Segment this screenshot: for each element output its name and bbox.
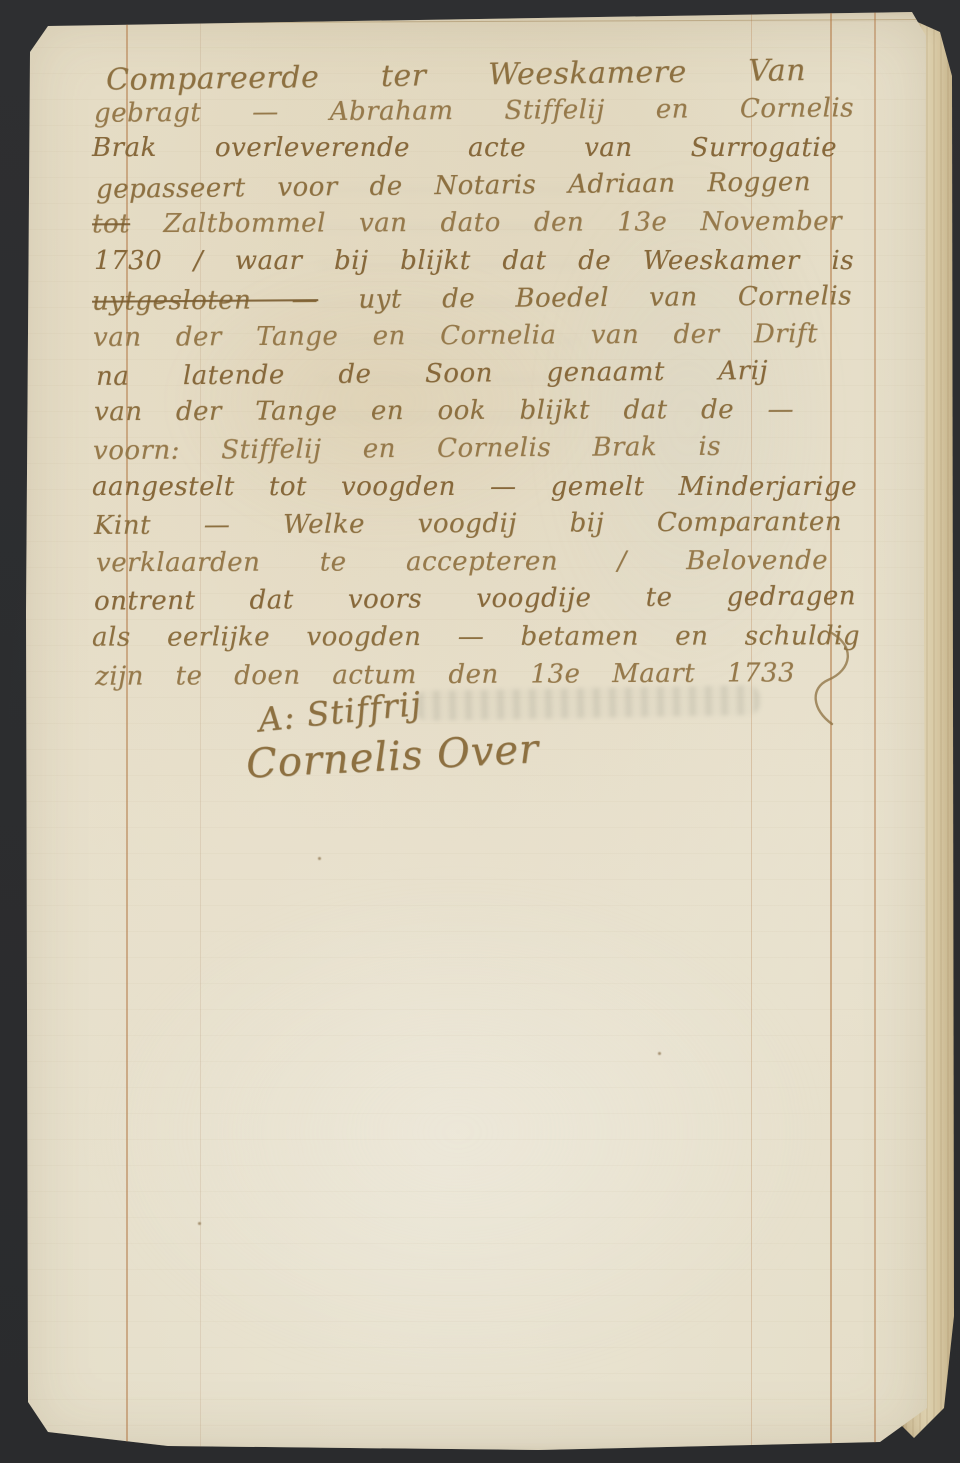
manuscript-line: zijn te doen actum den 13e Maart 1733 — [95, 658, 795, 692]
handwritten-text: voorn: Stiffelij en Cornelis Brak is — [93, 432, 721, 466]
manuscript-line: van der Tange en Cornelia van der Drift — [93, 319, 818, 353]
ink-speck — [658, 1052, 661, 1055]
handwritten-text: verklaarden te accepteren / Belovende — [96, 546, 828, 579]
struck-text: uytgesloten — — [92, 285, 318, 317]
scanned-document-stage: Compareerde ter Weeskamere Vangebragt — … — [0, 0, 960, 1463]
handwritten-text: Zaltbommel van dato den 13e November — [130, 207, 842, 239]
manuscript-line: Compareerde ter Weeskamere Van — [106, 53, 806, 98]
handwritten-text: aangestelt tot voogden — gemelt Minderja… — [92, 472, 857, 502]
margin-rule-right-outer — [874, 12, 876, 1452]
signature-1: A: Stiffrij — [256, 684, 423, 740]
handwritten-text: uyt de Boedel van Cornelis — [318, 281, 852, 315]
pen-flourish — [800, 628, 860, 728]
manuscript-line: Kint — Welke voogdij bij Comparanten — [94, 507, 842, 541]
manuscript-line: verklaarden te accepteren / Belovende — [96, 546, 828, 579]
handwritten-text: Brak overleverende acte van Surrogatie — [92, 133, 837, 163]
ink-speck — [318, 857, 321, 860]
handwritten-text: als eerlijke voogden — betamen en schuld… — [92, 621, 860, 652]
handwritten-text: Kint — Welke voogdij bij Comparanten — [94, 507, 842, 541]
handwritten-text: 1730 / waar bij blijkt dat de Weeskamer … — [94, 246, 854, 276]
handwritten-text: na latende de Soon genaamt Arij — [96, 356, 768, 392]
manuscript-line: gepasseert voor de Notaris Adriaan Rogge… — [96, 167, 811, 204]
handwritten-text: van der Tange en Cornelia van der Drift — [93, 319, 818, 353]
manuscript-line: Brak overleverende acte van Surrogatie — [92, 133, 837, 163]
handwritten-text: ontrent dat voors voogdije te gedragen — [94, 582, 856, 617]
manuscript-line: 1730 / waar bij blijkt dat de Weeskamer … — [94, 246, 854, 276]
manuscript-line: gebragt — Abraham Stiffelij en Cornelis — [94, 93, 854, 128]
handwritten-text: zijn te doen actum den 13e Maart 1733 — [95, 658, 795, 692]
ink-bleedthrough — [415, 685, 760, 721]
handwritten-text: Compareerde ter Weeskamere Van — [106, 53, 806, 98]
manuscript-line: aangestelt tot voogden — gemelt Minderja… — [92, 472, 857, 502]
manuscript-line: na latende de Soon genaamt Arij — [96, 356, 768, 392]
manuscript-line: als eerlijke voogden — betamen en schuld… — [92, 621, 860, 652]
handwritten-text: gepasseert voor de Notaris Adriaan Rogge… — [96, 167, 811, 204]
paper-stain — [108, 892, 808, 1372]
manuscript-line: voorn: Stiffelij en Cornelis Brak is — [93, 432, 721, 466]
ink-speck — [198, 1222, 201, 1225]
manuscript-line: uytgesloten — uyt de Boedel van Cornelis — [92, 281, 852, 316]
manuscript-page: Compareerde ter Weeskamere Vangebragt — … — [18, 12, 934, 1452]
handwritten-text: gebragt — Abraham Stiffelij en Cornelis — [94, 93, 854, 128]
handwritten-text: van der Tange en ook blijkt dat de — — [94, 395, 794, 427]
top-fold-line — [24, 19, 924, 24]
manuscript-line: tot Zaltbommel van dato den 13e November — [92, 207, 842, 240]
struck-text: tot — [92, 210, 130, 240]
manuscript-line: ontrent dat voors voogdije te gedragen — [94, 582, 856, 617]
manuscript-line: van der Tange en ook blijkt dat de — — [94, 395, 794, 427]
